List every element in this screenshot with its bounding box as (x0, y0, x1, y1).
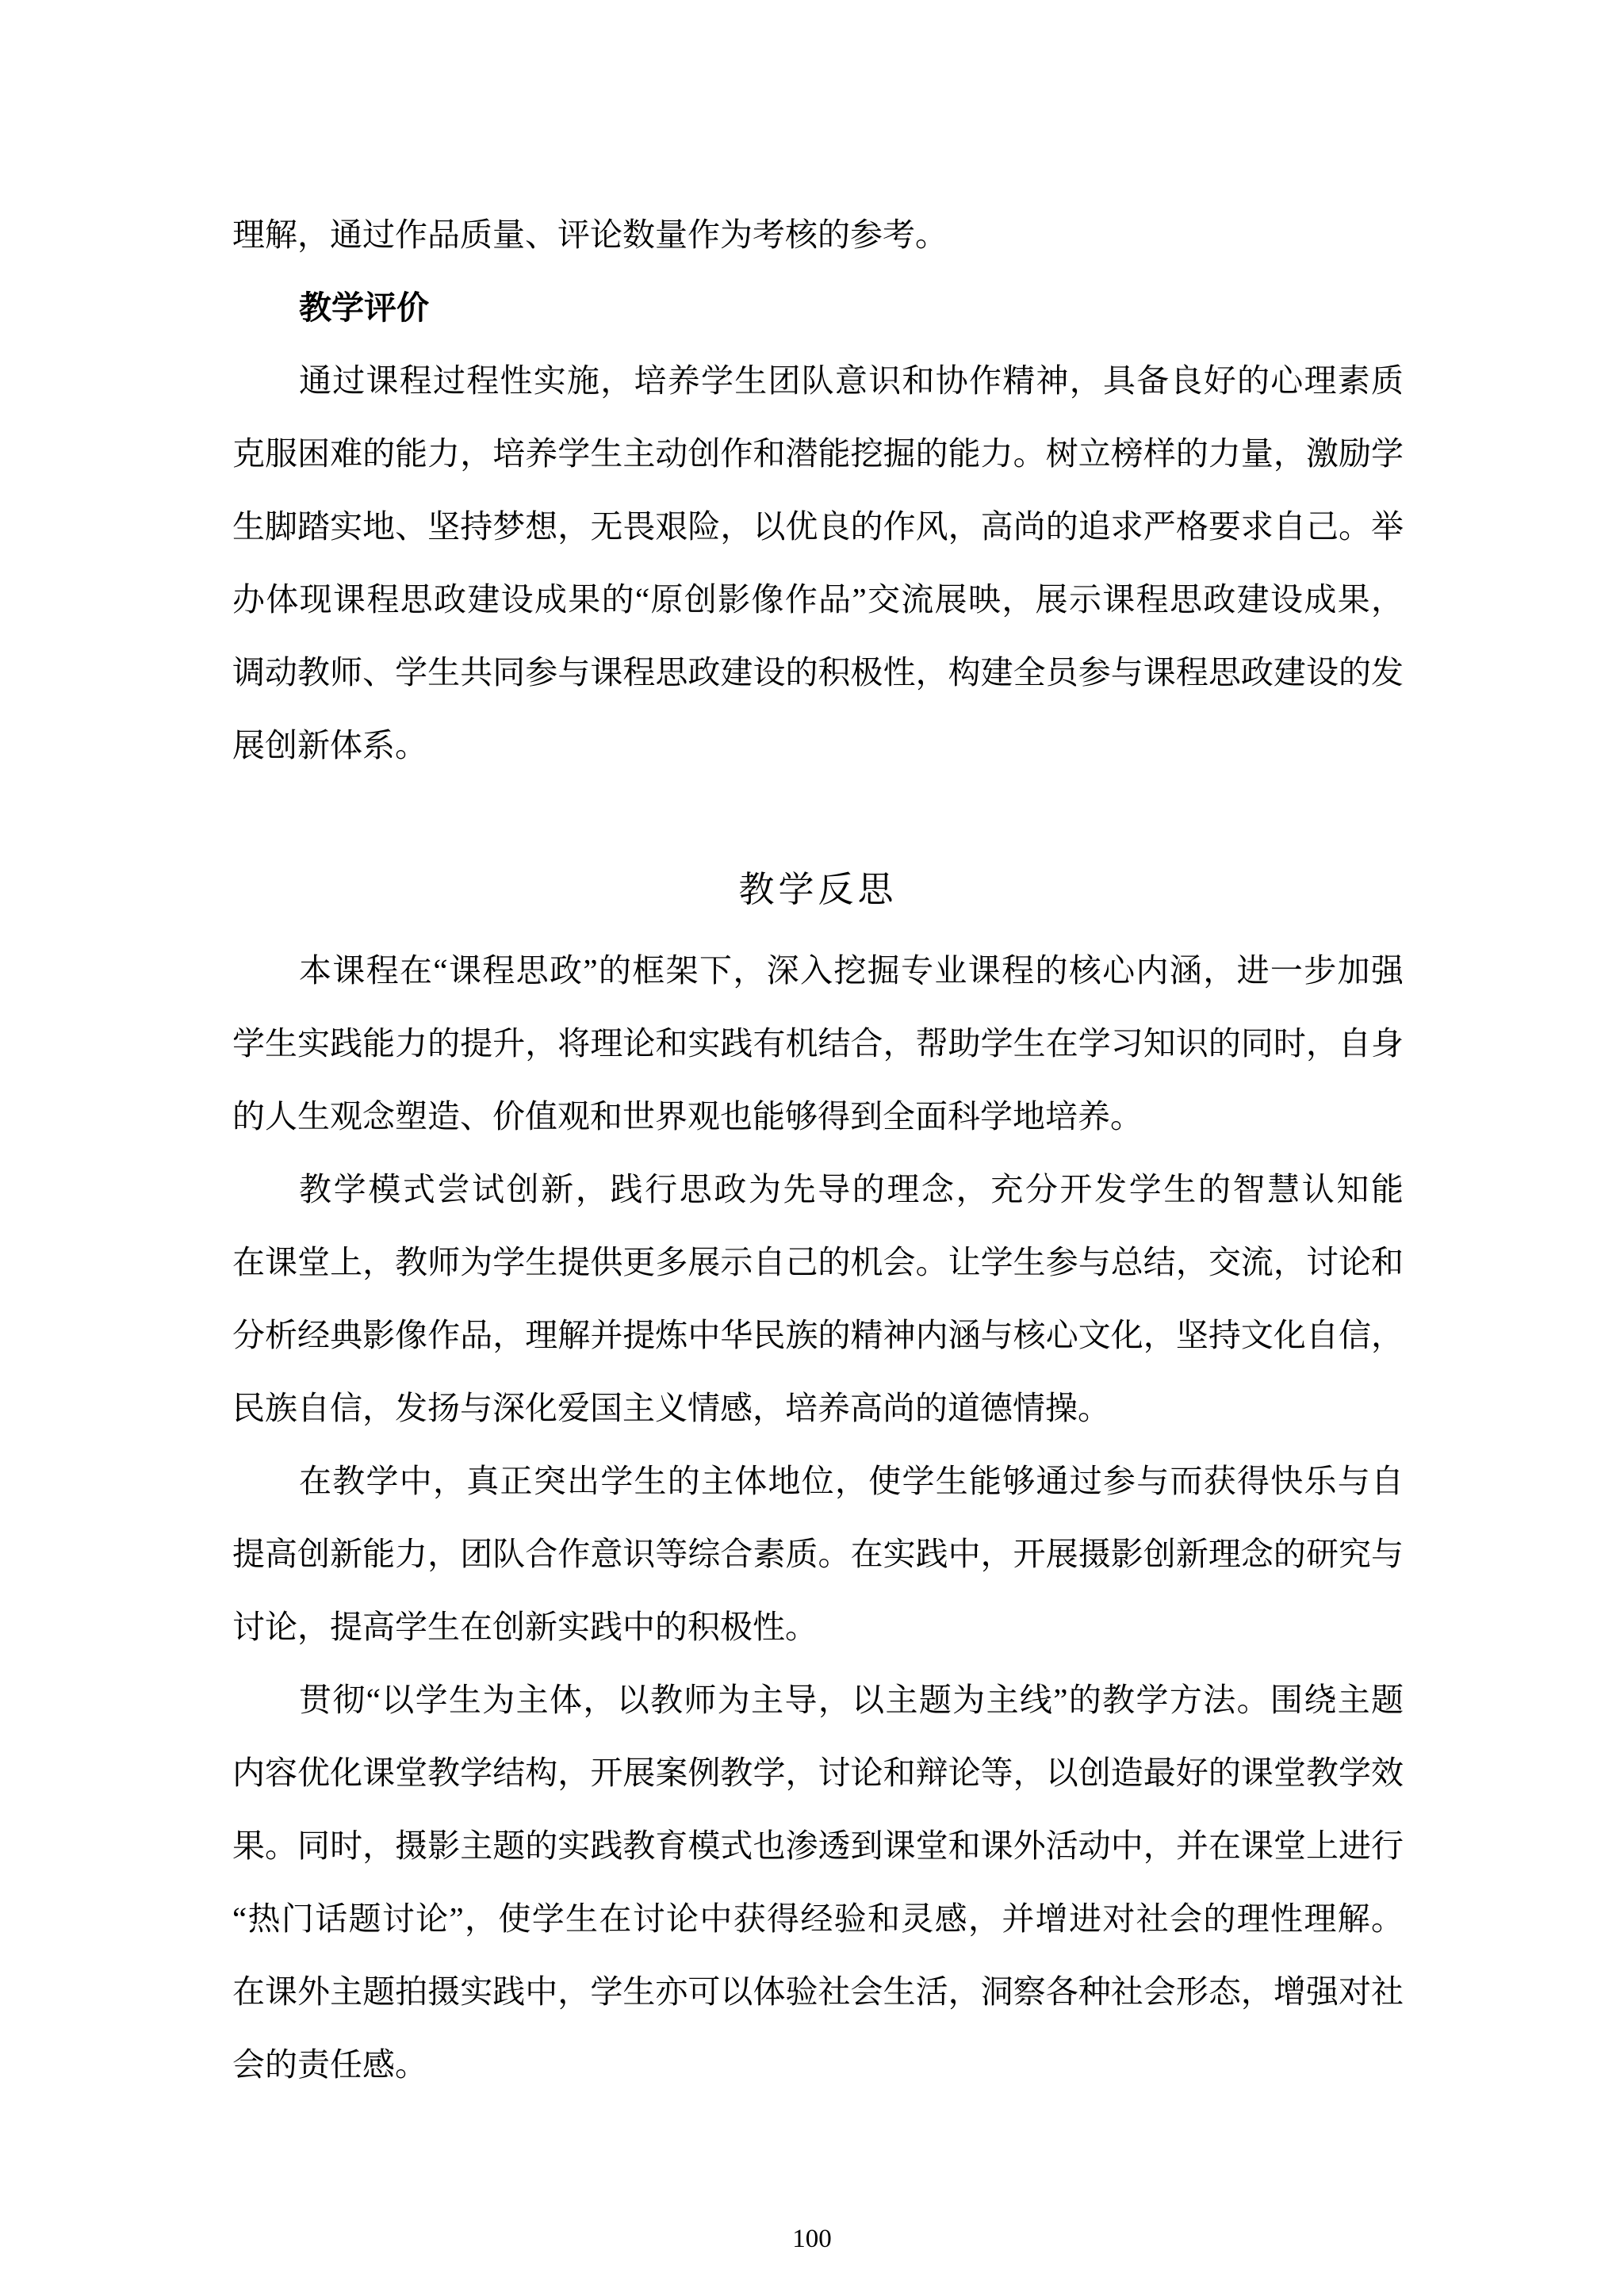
body-line: 会的责任感。 (232, 2028, 1404, 2101)
text-block: 理解，通过作品质量、评论数量作为考核的参考。 教学评价 通过课程过程性实施，培养… (232, 198, 1404, 2101)
document-page: 理解，通过作品质量、评论数量作为考核的参考。 教学评价 通过课程过程性实施，培养… (0, 0, 1624, 2296)
body-line: 调动教师、学生共同参与课程思政建设的积极性，构建全员参与课程思政建设的发 (232, 636, 1404, 709)
section-gap (232, 782, 1404, 853)
heading-gap (232, 926, 1404, 934)
body-line: 理解，通过作品质量、评论数量作为考核的参考。 (232, 198, 1404, 271)
body-line: 在教学中，真正突出学生的主体地位，使学生能够通过参与而获得快乐与自信， (232, 1445, 1404, 1517)
body-line: 果。同时，摄影主题的实践教育模式也渗透到课堂和课外活动中，并在课堂上进行 (232, 1809, 1404, 1882)
body-line: 克服困难的能力，培养学生主动创作和潜能挖掘的能力。树立榜样的力量，激励学 (232, 417, 1404, 490)
body-line: 内容优化课堂教学结构，开展案例教学，讨论和辩论等，以创造最好的课堂教学效 (232, 1736, 1404, 1809)
body-line: 讨论，提高学生在创新实践中的积极性。 (232, 1590, 1404, 1663)
heading-teaching-reflection: 教学反思 (232, 853, 1404, 926)
page-number: 100 (0, 2224, 1624, 2254)
body-line: 办体现课程思政建设成果的“原创影像作品”交流展映，展示课程思政建设成果， (232, 563, 1404, 636)
body-line: 教学模式尝试创新，践行思政为先导的理念，充分开发学生的智慧认知能力。 (232, 1153, 1404, 1226)
body-line: 通过课程过程性实施，培养学生团队意识和协作精神，具备良好的心理素质和 (232, 344, 1404, 417)
body-line: 民族自信，发扬与深化爱国主义情感，培养高尚的道德情操。 (232, 1372, 1404, 1445)
heading-teaching-evaluation: 教学评价 (232, 271, 1404, 344)
body-line: 展创新体系。 (232, 709, 1404, 782)
body-line: 提高创新能力，团队合作意识等综合素质。在实践中，开展摄影创新理念的研究与 (232, 1517, 1404, 1590)
body-line: 贯彻“以学生为主体，以教师为主导，以主题为主线”的教学方法。围绕主题 (232, 1663, 1404, 1736)
body-line: 的人生观念塑造、价值观和世界观也能够得到全面科学地培养。 (232, 1080, 1404, 1153)
body-line: 本课程在“课程思政”的框架下，深入挖掘专业课程的核心内涵，进一步加强 (232, 934, 1404, 1007)
body-line: 学生实践能力的提升，将理论和实践有机结合，帮助学生在学习知识的同时，自身 (232, 1007, 1404, 1080)
body-line: 生脚踏实地、坚持梦想，无畏艰险，以优良的作风，高尚的追求严格要求自己。举 (232, 490, 1404, 563)
body-line: “热门话题讨论”，使学生在讨论中获得经验和灵感，并增进对社会的理性理解。 (232, 1882, 1404, 1955)
body-line: 分析经典影像作品，理解并提炼中华民族的精神内涵与核心文化，坚持文化自信， (232, 1299, 1404, 1372)
body-line: 在课外主题拍摄实践中，学生亦可以体验社会生活，洞察各种社会形态，增强对社 (232, 1955, 1404, 2028)
body-line: 在课堂上，教师为学生提供更多展示自己的机会。让学生参与总结，交流，讨论和 (232, 1226, 1404, 1299)
